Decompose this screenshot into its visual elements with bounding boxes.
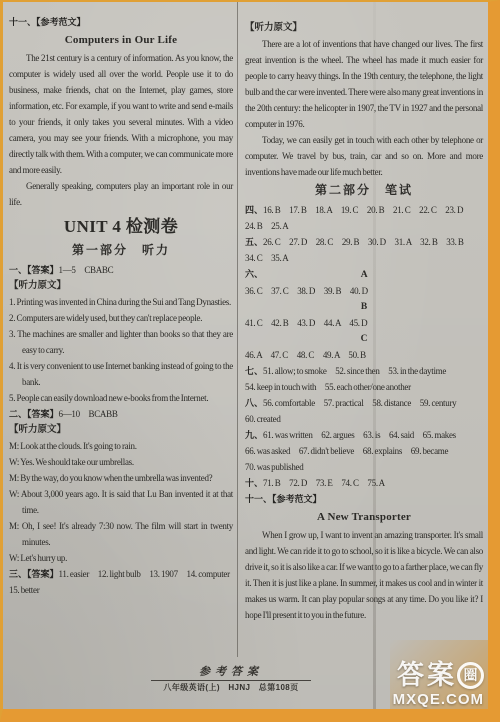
passage-letter: C: [245, 331, 483, 347]
part1-title: 第一部分 听力: [9, 240, 233, 260]
answer-line: 34. C 35. A: [245, 250, 483, 266]
dialogue-line: M: Look at the clouds. It's going to rai…: [9, 438, 233, 454]
watermark-site-text: MXQE.COM: [393, 691, 484, 708]
section-6-row: 六、A: [245, 266, 483, 283]
section-label: 八、: [245, 398, 263, 408]
footer-answer-title: 参考答案: [151, 666, 311, 679]
answer-values: 71. B 72. D 73. E 74. C 75. A: [263, 478, 385, 488]
answer-values: 56. comfortable 57. practical 58. distan…: [263, 398, 456, 408]
dialogue-line: W: Yes. We should take our umbrellas.: [9, 454, 233, 470]
answer-values: 6—10 BCABB: [59, 409, 118, 419]
dialogue-line: M: By the way, do you know when the umbr…: [9, 470, 233, 486]
section-11-label: 十一、【参考范文】: [9, 14, 233, 30]
answer-line: 15. better: [9, 582, 233, 598]
answer-line: 54. keep in touch with 55. each other/on…: [245, 379, 483, 395]
answer-line: 36. C 37. C 38. D 39. B 40. D: [245, 283, 483, 299]
section-label: 十、: [245, 478, 263, 488]
section-label: 二、【答案】: [9, 409, 59, 419]
answer-line: 一、【答案】1—5 CBABC: [9, 262, 233, 278]
essay-title-computers: Computers in Our Life: [9, 31, 233, 49]
passage-letter: A: [361, 270, 368, 280]
section-label: 五、: [245, 237, 263, 247]
section-label: 四、: [245, 205, 263, 215]
answer-line: 二、【答案】6—10 BCABB: [9, 406, 233, 422]
section-label: 一、【答案】: [9, 265, 59, 275]
answer-line: 60. created: [245, 411, 483, 427]
footer-book-info: 八年级英语(上) HJNJ 总第108页: [151, 683, 311, 693]
watermark-char: 案: [427, 660, 454, 690]
dialogue-line: W: Let's hurry up.: [9, 550, 233, 566]
essay-paragraph: The 21st century is a century of informa…: [9, 50, 233, 178]
answer-line: 五、26. C 27. D 28. C 29. B 30. D 31. A 32…: [245, 234, 483, 250]
essay-paragraph: When I grow up, I want to invent an amaz…: [245, 527, 483, 623]
watermark-circle-logo: 圈: [457, 662, 484, 689]
answer-line: 24. B 25. A: [245, 218, 483, 234]
essay-paragraph: Generally speaking, computers play an im…: [9, 178, 233, 210]
answer-key-page: 十一、【参考范文】 Computers in Our Life The 21st…: [0, 0, 500, 722]
section-label: 七、: [245, 366, 263, 376]
dialogue-line: M: Oh, I see! It's already 7:30 now. The…: [9, 518, 233, 550]
watermark-logo-row: 答 案 圈: [393, 660, 484, 690]
answer-line: 八、56. comfortable 57. practical 58. dist…: [245, 395, 483, 411]
part2-title: 第二部分 笔试: [245, 180, 483, 200]
answer-line: 三、【答案】11. easier 12. light bulb 13. 1907…: [9, 566, 233, 582]
answer-line: 70. was published: [245, 459, 483, 475]
watermark: 答 案 圈 MXQE.COM: [393, 660, 484, 708]
answer-values: 1—5 CBABC: [59, 265, 114, 275]
dialogue-line: W: About 3,000 years ago. It is said tha…: [9, 486, 233, 518]
answer-line: 七、51. allow; to smoke 52. since then 53.…: [245, 363, 483, 379]
transcript-label: 【听力原文】: [9, 422, 233, 438]
section-label: 十一、【参考范文】: [245, 494, 322, 504]
right-column: 【听力原文】 There are a lot of inventions tha…: [245, 20, 483, 623]
footer-rule: [151, 680, 311, 681]
watermark-char: 答: [397, 660, 424, 690]
listening-item: 2. Computers are widely used, but they c…: [9, 310, 233, 326]
listening-item: 1. Printing was invented in China during…: [9, 294, 233, 310]
listening-item: 4. It is very convenient to use Internet…: [9, 358, 233, 390]
transcript-label: 【听力原文】: [9, 278, 233, 294]
answer-line: 十、71. B 72. D 73. E 74. C 75. A: [245, 475, 483, 491]
section-label: 六、: [245, 266, 263, 282]
column-divider: [237, 2, 238, 657]
listening-item: 5. People can easily download new e-book…: [9, 390, 233, 406]
section-label: 十一、【参考范文】: [9, 17, 86, 27]
answer-line: 66. was asked 67. didn't believe 68. exp…: [245, 443, 483, 459]
section-label: 三、【答案】: [9, 569, 59, 579]
page-footer: 参考答案 八年级英语(上) HJNJ 总第108页: [151, 666, 311, 693]
answer-values: 26. C 27. D 28. C 29. B 30. D 31. A 32. …: [263, 237, 464, 247]
transcript-paragraph: There are a lot of inventions that have …: [245, 36, 483, 132]
section-label: 九、: [245, 430, 263, 440]
answer-line: 四、16. B 17. B 18. A 19. C 20. B 21. C 22…: [245, 202, 483, 218]
transcript-paragraph: Today, we can easily get in touch with e…: [245, 132, 483, 180]
answer-line: 九、61. was written 62. argues 63. is 64. …: [245, 427, 483, 443]
answer-line: 41. C 42. B 43. D 44. A 45. D: [245, 315, 483, 331]
answer-values: 61. was written 62. argues 63. is 64. sa…: [263, 430, 456, 440]
answer-line: 46. A 47. C 48. C 49. A 50. B: [245, 347, 483, 363]
left-column: 十一、【参考范文】 Computers in Our Life The 21st…: [9, 14, 233, 598]
answer-values: 16. B 17. B 18. A 19. C 20. B 21. C 22. …: [263, 205, 463, 215]
unit-title: UNIT 4 检测卷: [9, 215, 233, 239]
transcript-label: 【听力原文】: [245, 20, 483, 36]
essay-title-transporter: A New Transporter: [245, 508, 483, 526]
answer-values: 51. allow; to smoke 52. since then 53. i…: [263, 366, 446, 376]
answer-values: 11. easier 12. light bulb 13. 1907 14. c…: [59, 569, 230, 579]
passage-letter: B: [245, 299, 483, 315]
section-11-label: 十一、【参考范文】: [245, 491, 483, 507]
listening-item: 3. The machines are smaller and lighter …: [9, 326, 233, 358]
